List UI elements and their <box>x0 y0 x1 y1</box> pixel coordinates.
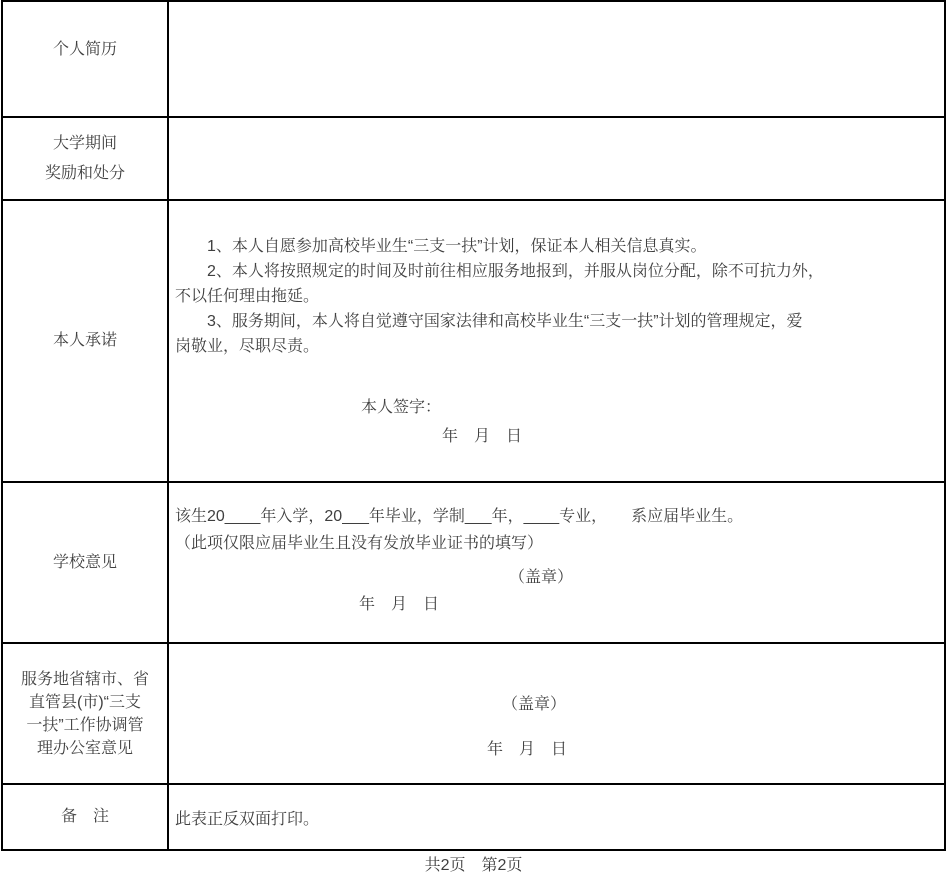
row-label-promise-text: 本人承诺 <box>53 326 117 356</box>
page-number: 共2页 第2页 <box>1 855 946 877</box>
office-seal-placeholder: （盖章） <box>502 692 944 717</box>
promise-statement: 1、本人自愿参加高校毕业生“三支一扶”计划，保证本人相关信息真实。 2、本人将按… <box>175 234 936 359</box>
row-label-resume: 个人简历 <box>3 2 169 116</box>
promise-field: 1、本人自愿参加高校毕业生“三支一扶”计划，保证本人相关信息真实。 2、本人将按… <box>169 201 944 481</box>
awards-field <box>169 118 944 199</box>
table-row-remarks: 备 注 此表正反双面打印。 <box>3 785 944 849</box>
signature-date-placeholder: 年 月 日 <box>442 424 944 449</box>
table-row-office: 服务地省辖市、省 直管县(市)“三支 一扶”工作协调管 理办公室意见 （盖章） … <box>3 644 944 785</box>
row-label-school: 学校意见 <box>3 483 169 642</box>
remarks-field: 此表正反双面打印。 <box>169 785 944 849</box>
row-label-office-text: 服务地省辖市、省 直管县(市)“三支 一扶”工作协调管 理办公室意见 <box>21 668 149 760</box>
school-opinion-field: 该生20____年入学，20___年毕业，学制___年，____专业， 系应届毕… <box>169 483 944 642</box>
table-row-promise: 本人承诺 1、本人自愿参加高校毕业生“三支一扶”计划，保证本人相关信息真实。 2… <box>3 201 944 483</box>
form-page: 个人简历 大学期间 奖励和处分 本人承诺 1、本人自愿参加高校毕业生“三支一扶”… <box>0 0 947 890</box>
row-label-awards: 大学期间 奖励和处分 <box>3 118 169 199</box>
school-seal-placeholder: （盖章） <box>509 565 944 590</box>
office-date-placeholder: 年 月 日 <box>487 737 944 762</box>
table-row-school: 学校意见 该生20____年入学，20___年毕业，学制___年，____专业，… <box>3 483 944 644</box>
application-form-table: 个人简历 大学期间 奖励和处分 本人承诺 1、本人自愿参加高校毕业生“三支一扶”… <box>1 0 946 851</box>
row-label-awards-text: 大学期间 奖励和处分 <box>45 129 125 189</box>
school-date-placeholder: 年 月 日 <box>359 592 944 617</box>
row-label-promise: 本人承诺 <box>3 201 169 481</box>
row-label-remarks-text: 备 注 <box>61 802 109 832</box>
office-opinion-field: （盖章） 年 月 日 <box>169 644 944 783</box>
row-label-office: 服务地省辖市、省 直管县(市)“三支 一扶”工作协调管 理办公室意见 <box>3 644 169 783</box>
signature-label: 本人签字： <box>361 395 944 420</box>
row-label-remarks: 备 注 <box>3 785 169 849</box>
remarks-text: 此表正反双面打印。 <box>169 806 319 829</box>
table-row-awards: 大学期间 奖励和处分 <box>3 118 944 201</box>
row-label-resume-text: 个人简历 <box>53 35 117 65</box>
school-statement: 该生20____年入学，20___年毕业，学制___年，____专业， 系应届毕… <box>175 503 936 557</box>
table-row-resume: 个人简历 <box>3 2 944 118</box>
row-label-school-text: 学校意见 <box>53 548 117 578</box>
resume-field <box>169 2 944 116</box>
